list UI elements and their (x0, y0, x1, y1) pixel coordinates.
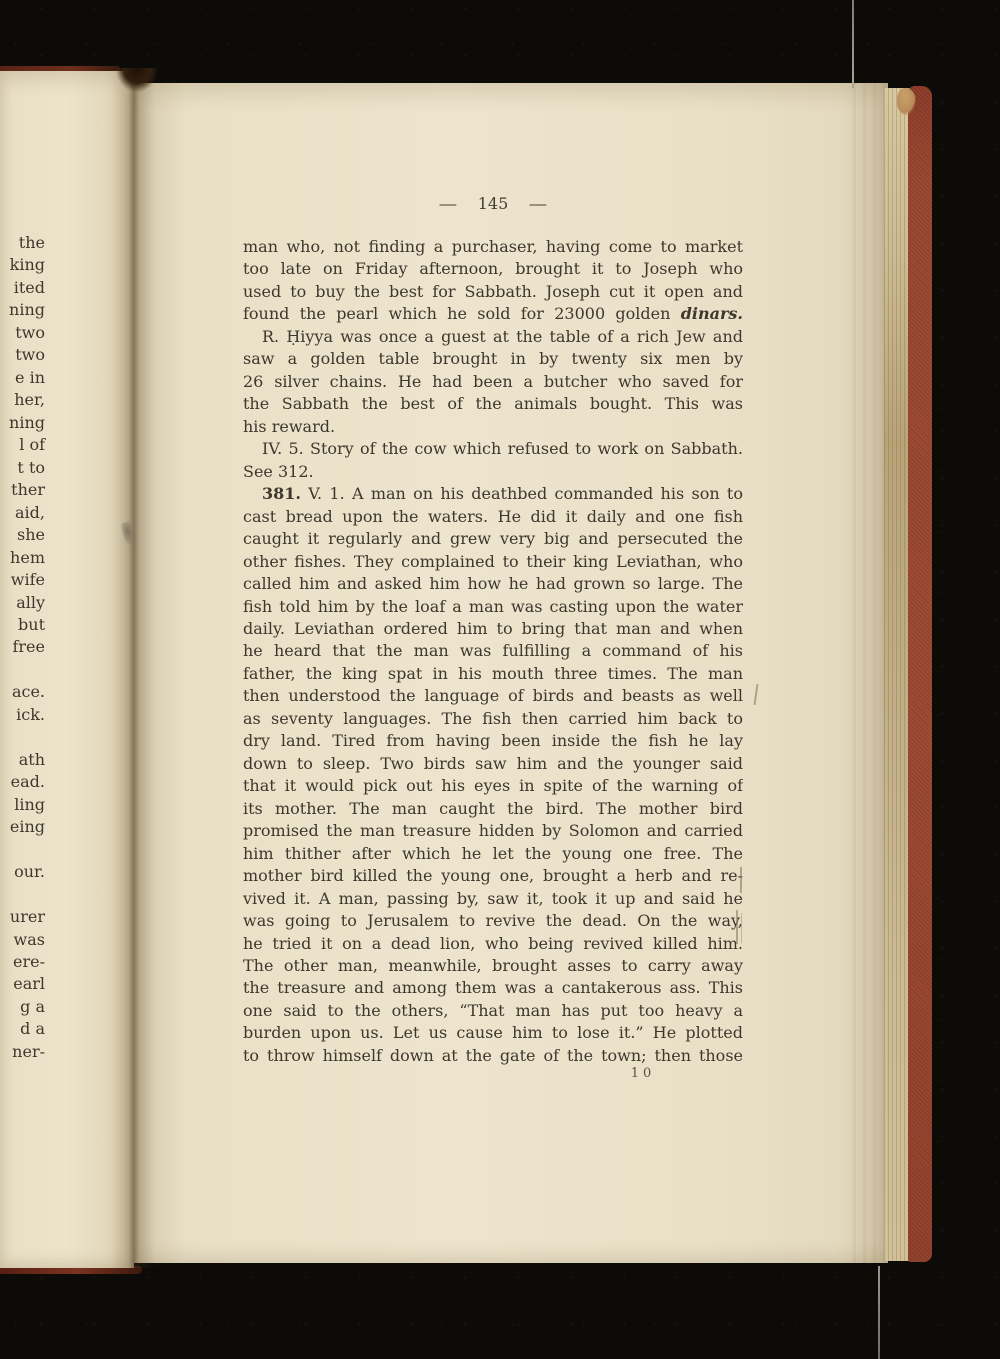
text-segment: the Sabbath the best of the animals boug… (243, 394, 743, 413)
text-segment: V. 1. A man on his deathbed commanded hi… (301, 484, 743, 503)
text-segment: down to sleep. Two birds saw him and the… (243, 754, 743, 773)
text-line: vived it. A man, passing by, saw it, too… (243, 888, 743, 910)
left-page-fragment: ace. (0, 681, 45, 703)
gutter-shadow (112, 71, 156, 1268)
text-line: its mother. The man caught the bird. The… (243, 798, 743, 820)
left-page-fragment: free (0, 636, 45, 658)
left-page-fragment: ning (0, 299, 45, 321)
text-line: promised the man treasure hidden by Solo… (243, 820, 743, 842)
text-segment: his reward. (243, 417, 335, 436)
text-line: the treasure and among them was a cantak… (243, 977, 743, 999)
text-line: was going to Jerusalem to revive the dea… (243, 910, 743, 932)
text-segment: saw a golden table brought in by twenty … (243, 349, 743, 368)
text-segment: caught it regularly and grew very big an… (243, 529, 743, 548)
left-page-fragment: king (0, 254, 45, 276)
text-segment: he tried it on a dead lion, who being re… (243, 934, 743, 953)
text-line: daily. Leviathan ordered him to bring th… (243, 618, 743, 640)
left-page-fragment: ling (0, 794, 45, 816)
left-page-fragment: eing (0, 816, 45, 838)
text-line: man who, not finding a purchaser, having… (243, 236, 743, 258)
text-line: fish told him by the loaf a man was cast… (243, 596, 743, 618)
left-page-fragment: ning (0, 412, 45, 434)
text-segment: found the pearl which he sold for 23000 … (243, 304, 681, 323)
text-line: 381. V. 1. A man on his deathbed command… (243, 483, 743, 505)
left-page-fragment: her, (0, 389, 45, 411)
left-page-fragment: ath (0, 749, 45, 771)
italic-term: dinars. (681, 304, 743, 323)
text-line: found the pearl which he sold for 23000 … (243, 303, 743, 325)
text-line: IV. 5. Story of the cow which refused to… (243, 438, 743, 460)
text-segment: dry land. Tired from having been inside … (243, 731, 743, 750)
text-segment: other fishes. They complained to their k… (243, 552, 743, 571)
left-page-fragment-column: thekingitedningtwotwoe inher,ningl oft t… (0, 232, 45, 1063)
page-number: 145 (478, 194, 509, 213)
text-line: R. Ḥiyya was once a guest at the table o… (243, 326, 743, 348)
text-line: burden upon us. Let us cause him to lose… (243, 1022, 743, 1044)
text-segment: burden upon us. Let us cause him to lose… (243, 1023, 743, 1042)
left-page-fragment (0, 659, 45, 681)
left-page-fragment: our. (0, 861, 45, 883)
text-line: down to sleep. Two birds saw him and the… (243, 753, 743, 775)
text-segment: IV. 5. Story of the cow which refused to… (262, 439, 743, 458)
text-segment: mother bird killed the young one, brough… (243, 866, 743, 885)
text-line: saw a golden table brought in by twenty … (243, 348, 743, 370)
left-page-fragment: ited (0, 277, 45, 299)
text-line: See 312. (243, 461, 743, 483)
left-page-fragment: d a (0, 1018, 45, 1040)
text-segment: too late on Friday afternoon, brought it… (243, 259, 743, 278)
text-block: man who, not finding a purchaser, having… (243, 236, 743, 1067)
left-page-fragment: aid, (0, 502, 45, 524)
text-line: his reward. (243, 416, 743, 438)
cover-corner-chip (897, 88, 916, 115)
left-page-fragment: two (0, 344, 45, 366)
text-segment: cast bread upon the waters. He did it da… (243, 507, 743, 526)
margin-pen-mark (736, 910, 738, 944)
header-dash-right: — (529, 194, 547, 213)
left-page-fragment: was (0, 929, 45, 951)
text-segment: the treasure and among them was a cantak… (243, 978, 743, 997)
text-line: The other man, meanwhile, brought asses … (243, 955, 743, 977)
left-page-fragment: hem (0, 547, 45, 569)
left-page-fragment: e in (0, 367, 45, 389)
text-line: then understood the language of birds an… (243, 685, 743, 707)
left-page-fragment: ead. (0, 771, 45, 793)
text-line: he heard that the man was fulfilling a c… (243, 640, 743, 662)
text-segment: man who, not finding a purchaser, having… (243, 237, 743, 256)
gutter-top-notch (116, 68, 158, 92)
text-segment: was going to Jerusalem to revive the dea… (243, 911, 743, 930)
left-page-fragment (0, 884, 45, 906)
text-segment: promised the man treasure hidden by Solo… (243, 821, 743, 840)
left-page-fragment: the (0, 232, 45, 254)
text-line: too late on Friday afternoon, brought it… (243, 258, 743, 280)
left-page-fragment: ally (0, 592, 45, 614)
text-line: to throw himself down at the gate of the… (243, 1045, 743, 1067)
text-line: other fishes. They complained to their k… (243, 551, 743, 573)
cradle-string-top (852, 0, 854, 88)
header-dash-left: — (439, 194, 457, 213)
book-cover-right (908, 86, 932, 1262)
margin-pen-mark (741, 913, 742, 943)
page-header: — 145 — (243, 194, 743, 213)
left-page-fragment: two (0, 322, 45, 344)
text-line: 26 silver chains. He had been a butcher … (243, 371, 743, 393)
text-line: him thither after which he let the young… (243, 843, 743, 865)
left-page-fragment: she (0, 524, 45, 546)
text-line: as seventy languages. The fish then carr… (243, 708, 743, 730)
text-line: caught it regularly and grew very big an… (243, 528, 743, 550)
left-page-fragment: ner- (0, 1041, 45, 1063)
text-segment: he heard that the man was fulfilling a c… (243, 641, 743, 660)
left-page-fragment: g a (0, 996, 45, 1018)
text-line: used to buy the best for Sabbath. Joseph… (243, 281, 743, 303)
left-page-fragment: ere- (0, 951, 45, 973)
page-curl-shading (846, 83, 888, 1263)
text-segment: See 312. (243, 462, 314, 481)
text-segment: one said to the others, “That man has pu… (243, 1001, 743, 1020)
left-page-fragment: earl (0, 973, 45, 995)
text-segment: called him and asked him how he had grow… (243, 574, 743, 593)
signature-mark: 10 (593, 1066, 693, 1081)
text-segment: him thither after which he let the young… (243, 844, 743, 863)
left-page-fragment: but (0, 614, 45, 636)
text-segment: R. Ḥiyya was once a guest at the table o… (262, 327, 743, 346)
left-page-fragment: ick. (0, 704, 45, 726)
text-line: dry land. Tired from having been inside … (243, 730, 743, 752)
text-segment: then understood the language of birds an… (243, 686, 743, 705)
left-page-fragment (0, 726, 45, 748)
margin-pen-mark (740, 867, 742, 893)
text-line: the Sabbath the best of the animals boug… (243, 393, 743, 415)
text-segment: 26 silver chains. He had been a butcher … (243, 372, 743, 391)
text-segment: used to buy the best for Sabbath. Joseph… (243, 282, 743, 301)
left-page-fragment: wife (0, 569, 45, 591)
left-page-fragment: urer (0, 906, 45, 928)
text-segment: as seventy languages. The fish then carr… (243, 709, 743, 728)
text-line: called him and asked him how he had grow… (243, 573, 743, 595)
text-segment: fish told him by the loaf a man was cast… (243, 597, 743, 616)
text-segment: father, the king spat in his mouth three… (243, 664, 743, 683)
text-line: cast bread upon the waters. He did it da… (243, 506, 743, 528)
text-segment: its mother. The man caught the bird. The… (243, 799, 743, 818)
left-page-fragment (0, 839, 45, 861)
text-segment: vived it. A man, passing by, saw it, too… (243, 889, 743, 908)
text-segment: The other man, meanwhile, brought asses … (243, 956, 743, 975)
text-line: one said to the others, “That man has pu… (243, 1000, 743, 1022)
text-segment: daily. Leviathan ordered him to bring th… (243, 619, 743, 638)
text-line: mother bird killed the young one, brough… (243, 865, 743, 887)
text-line: father, the king spat in his mouth three… (243, 663, 743, 685)
text-line: he tried it on a dead lion, who being re… (243, 933, 743, 955)
text-line: that it would pick out his eyes in spite… (243, 775, 743, 797)
entry-number: 381. (262, 484, 301, 503)
left-page-fragment: t to (0, 457, 45, 479)
text-segment: that it would pick out his eyes in spite… (243, 776, 743, 795)
cradle-string-bottom (878, 1266, 880, 1359)
text-segment: to throw himself down at the gate of the… (243, 1046, 743, 1065)
left-page-fragment: l of (0, 434, 45, 456)
left-page-fragment: ther (0, 479, 45, 501)
scan-background: — 145 — thekingitedningtwotwoe inher,nin… (0, 0, 1000, 1359)
